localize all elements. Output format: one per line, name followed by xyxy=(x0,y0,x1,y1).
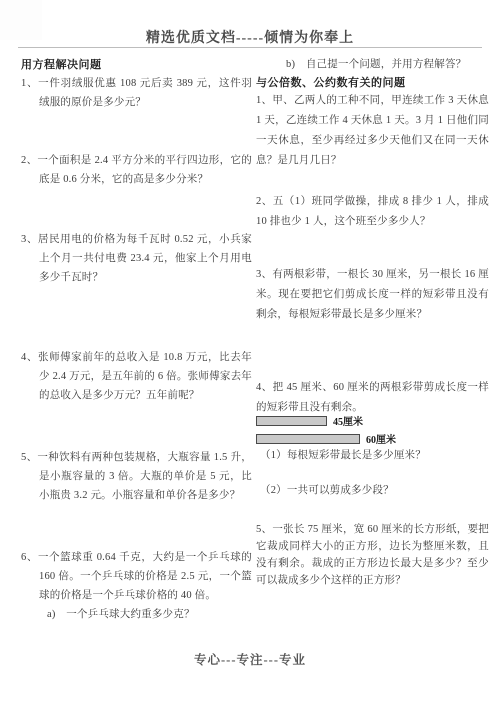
problem-left-6: 6、一个篮球重 0.64 千克，大约是一个乒乓球的 160 倍。一个乒乓球的价格… xyxy=(21,548,252,605)
section-title-common-multiples: 与公倍数、公约数有关的问题 xyxy=(256,74,489,90)
problem-left-6-sub-b: b) 自己提一个问题，并用方程解答？ xyxy=(256,55,489,75)
problem-left-2: 2、一个面积是 2.4 平方分米的平行四边形，它的底是 0.6 分米，它的高是多… xyxy=(21,151,252,189)
ribbon-bar-60-label: 60厘米 xyxy=(366,431,396,446)
ribbon-bar-45 xyxy=(256,416,327,426)
problem-right-4: 4、把 45 厘米、60 厘米的两根彩带剪成长度一样的短彩带且没有剩余。 xyxy=(256,378,489,418)
problem-right-4-question-2: （2）一共可以剪成多少段？ xyxy=(256,481,489,501)
problem-left-6-sub-a: a) 一个乒乓球大约重多少克？ xyxy=(21,605,252,624)
section-title-equations: 用方程解决问题 xyxy=(21,56,252,72)
ribbon-bar-row-60: 60厘米 xyxy=(256,431,489,446)
page-header-title: 精选优质文档-----倾情为你奉上 xyxy=(0,27,500,47)
problem-right-2: 2、五（1）班同学做操，排成 8 排少 1 人，排成 10 排也少 1 人，这个… xyxy=(256,192,489,232)
problem-left-1: 1、一件羽绒服优惠 108 元后卖 389 元，这件羽绒服的原价是多少元？ xyxy=(21,74,252,112)
problem-left-5: 5、一种饮料有两种包装规格，大瓶容量 1.5 升，是小瓶容量的 3 倍。大瓶的单… xyxy=(21,448,252,505)
problem-right-3: 3、有两根彩带，一根长 30 厘米，另一根长 16 厘米。现在要把它们剪成长度一… xyxy=(256,265,489,325)
ribbon-bar-60 xyxy=(256,434,360,444)
problem-left-4: 4、张师傅家前年的总收入是 10.8 万元，比去年少 2.4 万元，是五年前的 … xyxy=(21,348,252,405)
problem-right-4-question-1: （1）每根短彩带最长是多少厘米？ xyxy=(256,446,489,466)
problem-left-3: 3、居民用电的价格为每千瓦时 0.52 元，小兵家上个月一共付电费 23.4 元… xyxy=(21,230,252,287)
problem-right-1: 1、甲、乙两人的工种不同，甲连续工作 3 天休息 1 天，乙连续工作 4 天休息… xyxy=(256,91,489,171)
page-footer-text: 专心---专注---专业 xyxy=(0,650,500,668)
ribbon-bar-45-label: 45厘米 xyxy=(333,413,363,428)
ribbon-bar-row-45: 45厘米 xyxy=(256,413,489,428)
header-divider xyxy=(18,47,482,48)
problem-right-5: 5、一张长 75 厘米，宽 60 厘米的长方形纸，要把它裁成同样大小的正方形，边… xyxy=(256,521,489,589)
worksheet-page: 精选优质文档-----倾情为你奉上 用方程解决问题 1、一件羽绒服优惠 108 … xyxy=(0,0,500,708)
